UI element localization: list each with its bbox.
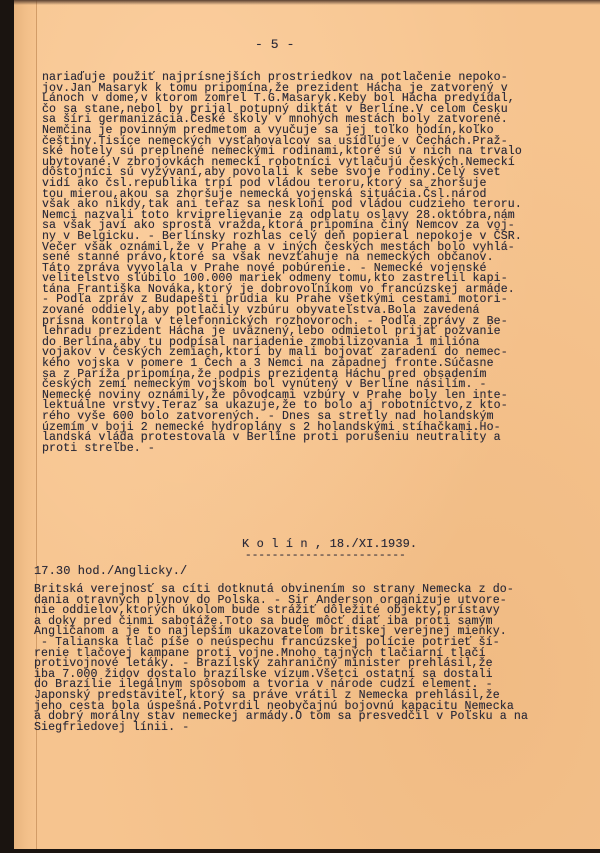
page-top-edge [14, 0, 600, 5]
signature-underline: ------------------------ [245, 551, 406, 562]
section-heading: 17.30 hod./Anglicky./ [34, 566, 187, 577]
text-line: Siegfriedovej línii. - [34, 723, 528, 734]
paragraph-1: nariaďuje použiť najprísnejších prostrie… [42, 73, 522, 454]
place-date-signature: K o l í n , 18./XI.1939. [242, 537, 417, 551]
page-number: - 5 - [255, 40, 295, 51]
paragraph-2: Britská verejnosť sa cíti dotknutá obvin… [34, 585, 528, 733]
text-line: proti streľbe. - [42, 444, 522, 455]
